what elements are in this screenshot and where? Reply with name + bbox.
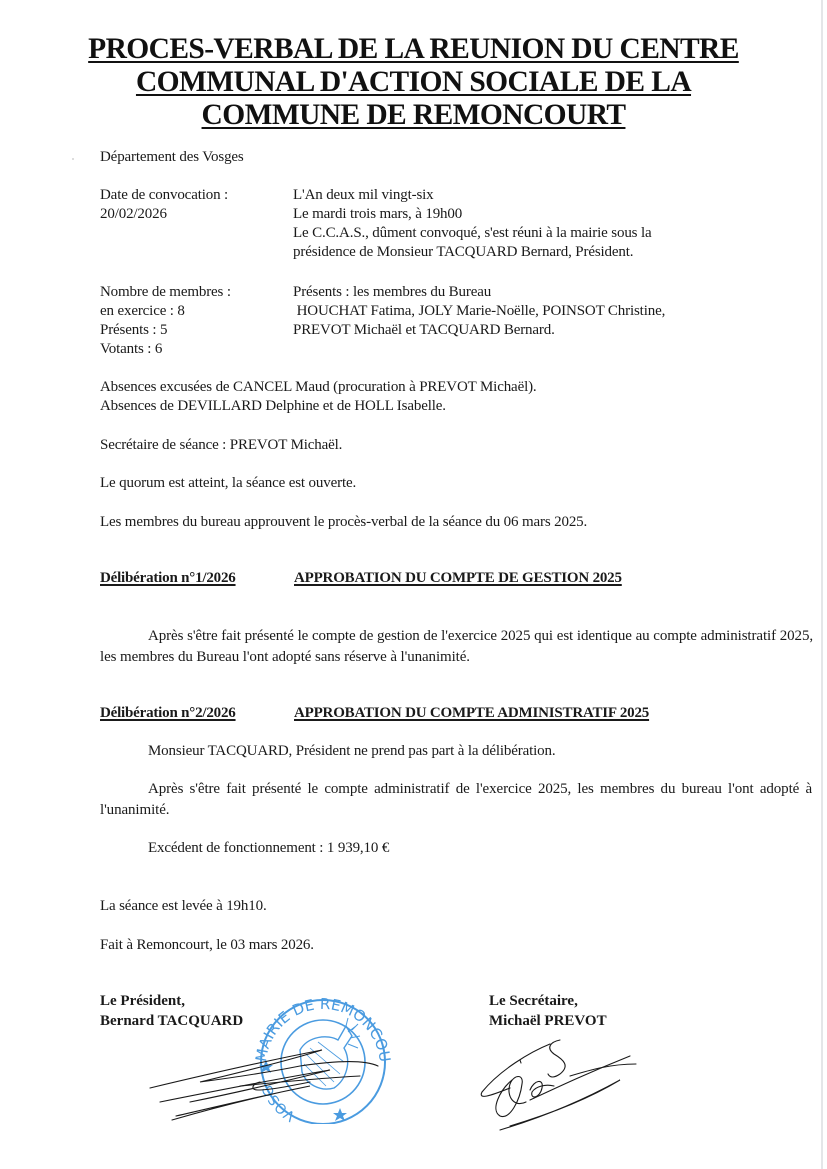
deliberation-1-title: APPROBATION DU COMPTE DE GESTION 2025 (294, 570, 622, 587)
deliberation-2-title: APPROBATION DU COMPTE ADMINISTRATIF 2025 (294, 705, 649, 722)
deliberation-2-paragraph: Après s'être fait présenté le compte adm… (100, 779, 812, 821)
quorum-statement: Le quorum est atteint, la séance est ouv… (100, 474, 356, 493)
present-line: PREVOT Michaël et TACQUARD Bernard. (293, 321, 555, 340)
deliberation-2-number: Délibération n°2/2026 (100, 705, 236, 722)
secretary-signature-icon (470, 1030, 640, 1140)
president-role: Le Président, (100, 992, 185, 1011)
present-line: Présents : les membres du Bureau (293, 283, 491, 302)
president-signature-icon (140, 1040, 380, 1130)
session-secretary: Secrétaire de séance : PREVOT Michaël. (100, 436, 342, 455)
document-page: PROCES-VERBAL DE LA REUNION DU CENTRE CO… (0, 0, 827, 1169)
convocation-date: 20/02/2026 (100, 205, 167, 224)
operating-surplus: Excédent de fonctionnement : 1 939,10 € (148, 839, 389, 858)
document-title-line-1: PROCES-VERBAL DE LA REUNION DU CENTRE (60, 33, 767, 66)
convocation-label: Date de convocation : (100, 186, 228, 205)
present-line: HOUCHAT Fatima, JOLY Marie-Noëlle, POINS… (293, 302, 665, 321)
secretary-name: Michaël PREVOT (489, 1012, 607, 1031)
convocation-line: Le C.C.A.S., dûment convoqué, s'est réun… (293, 224, 651, 243)
members-present: Présents : 5 (100, 321, 167, 340)
document-title-line-3: COMMUNE DE REMONCOURT (60, 99, 767, 132)
deliberation-1-number: Délibération n°1/2026 (100, 570, 236, 587)
deliberation-2-paragraph: Monsieur TACQUARD, Président ne prend pa… (148, 742, 555, 761)
previous-minutes-approval: Les membres du bureau approuvent le proc… (100, 513, 587, 532)
absences-excused: Absences excusées de CANCEL Maud (procur… (100, 378, 537, 397)
deliberation-1-paragraph: Après s'être fait présenté le compte de … (100, 626, 813, 668)
members-label: Nombre de membres : (100, 283, 231, 302)
session-closing: La séance est levée à 19h10. (100, 897, 267, 916)
convocation-line: présidence de Monsieur TACQUARD Bernard,… (293, 243, 633, 262)
members-in-office: en exercice : 8 (100, 302, 185, 321)
place-and-date: Fait à Remoncourt, le 03 mars 2026. (100, 936, 314, 955)
department: Département des Vosges (100, 148, 244, 167)
secretary-role: Le Secrétaire, (489, 992, 578, 1011)
scan-speck (72, 158, 74, 160)
document-title-line-2: COMMUNAL D'ACTION SOCIALE DE LA (60, 66, 767, 99)
scan-edge-line (821, 0, 823, 1169)
convocation-line: Le mardi trois mars, à 19h00 (293, 205, 462, 224)
absences-unexcused: Absences de DEVILLARD Delphine et de HOL… (100, 397, 446, 416)
president-name: Bernard TACQUARD (100, 1012, 243, 1031)
members-voting: Votants : 6 (100, 340, 162, 359)
convocation-line: L'An deux mil vingt-six (293, 186, 434, 205)
